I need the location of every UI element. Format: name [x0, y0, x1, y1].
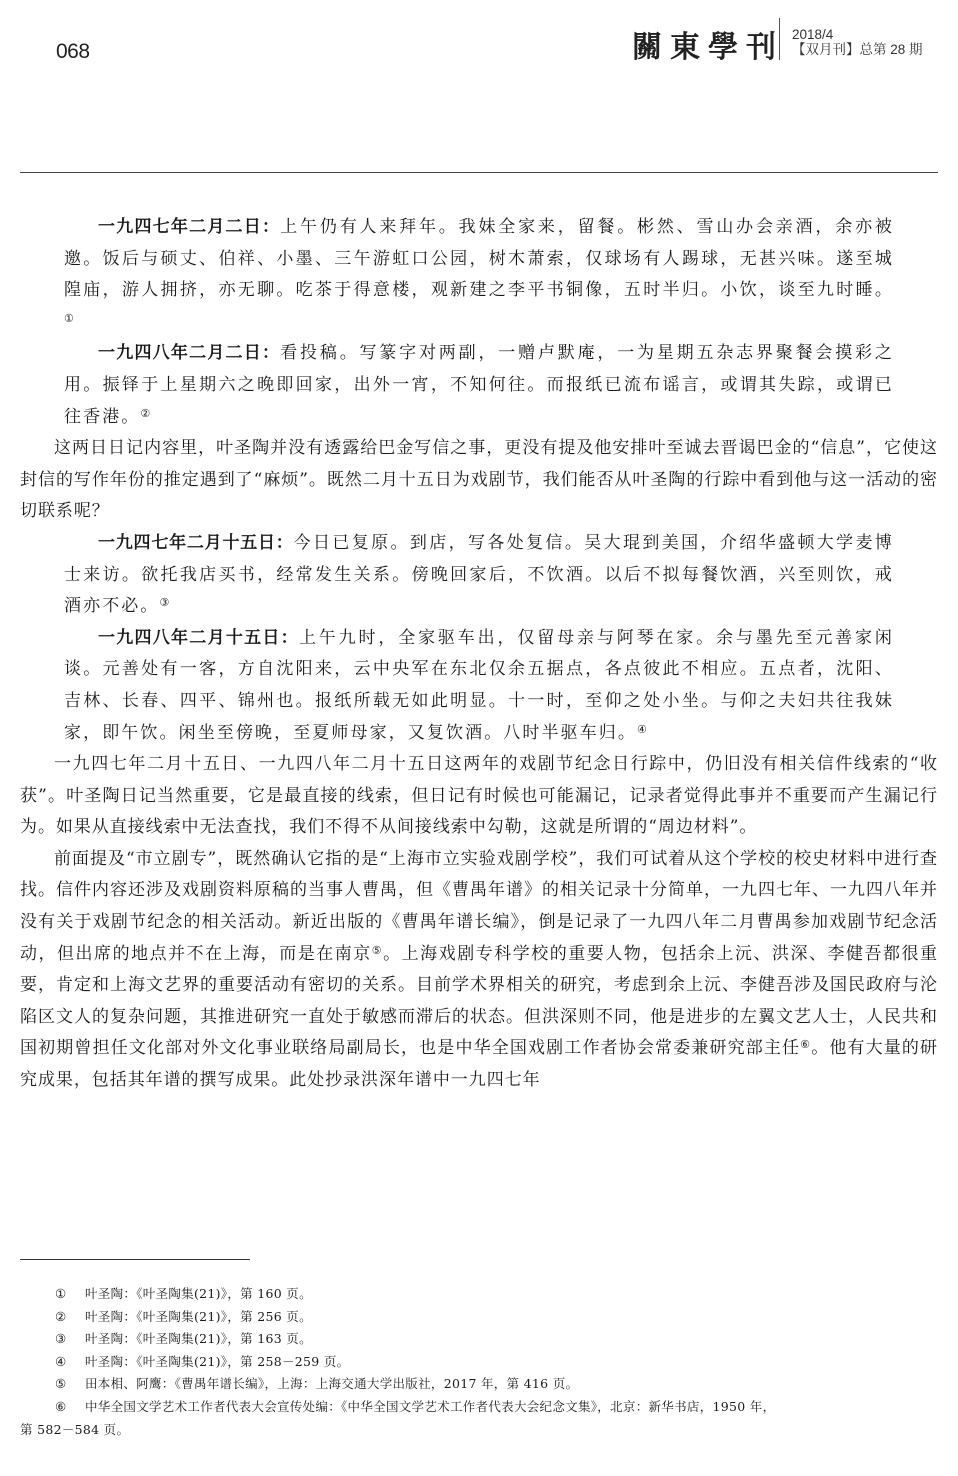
issue-info: 2018/4 【双月刊】总第 28 期	[792, 27, 923, 57]
issue-date: 2018/4	[792, 27, 923, 42]
footnote-5: ⑤田本相、阿鹰：《曹禺年谱长编》，上海：上海交通大学出版社，2017 年，第 4…	[20, 1373, 938, 1396]
footnote-mark: ③	[20, 1328, 85, 1351]
footnote-6: ⑥中华全国文学艺术工作者代表大会宣传处编：《中华全国文学艺术工作者代表大会纪念文…	[20, 1396, 938, 1419]
page-number: 068	[56, 40, 90, 64]
footnote-text: 田本相、阿鹰：《曹禺年谱长编》，上海：上海交通大学出版社，2017 年，第 41…	[85, 1376, 578, 1391]
footnote-text: 叶圣陶：《叶圣陶集(21)》，第 163 页。	[85, 1331, 312, 1346]
footnote-4: ④叶圣陶：《叶圣陶集(21)》，第 258－259 页。	[20, 1351, 938, 1374]
diary-date: 一九四七年二月十五日：	[98, 533, 294, 553]
diary-entry-1947-02-02: 一九四七年二月二日：上午仍有人来拜年。我妹全家来，留餐。彬然、雪山办会亲酒，余亦…	[20, 212, 938, 338]
journal-title-logo: 關東學刊	[632, 22, 784, 66]
footnote-mark: ④	[20, 1351, 85, 1374]
article-body: 一九四七年二月二日：上午仍有人来拜年。我妹全家来，留餐。彬然、雪山办会亲酒，余亦…	[20, 212, 938, 1097]
footnotes: ①叶圣陶：《叶圣陶集(21)》，第 160 页。 ②叶圣陶：《叶圣陶集(21)》…	[20, 1283, 938, 1441]
paragraph: 一九四七年二月十五日、一九四八年二月十五日这两年的戏剧节纪念日行踪中，仍旧没有相…	[20, 749, 938, 844]
footnote-text: 叶圣陶：《叶圣陶集(21)》，第 160 页。	[85, 1286, 312, 1301]
footnote-2: ②叶圣陶：《叶圣陶集(21)》，第 256 页。	[20, 1306, 938, 1329]
footnote-6-continuation: 第 582－584 页。	[20, 1419, 938, 1442]
footnote-1: ①叶圣陶：《叶圣陶集(21)》，第 160 页。	[20, 1283, 938, 1306]
diary-entry-1948-02-15: 一九四八年二月十五日：上午九时，全家驱车出，仅留母亲与阿琴在家。余与墨先至元善家…	[20, 623, 938, 749]
header-divider	[779, 18, 780, 60]
footnote-ref[interactable]: ①	[64, 312, 76, 325]
issue-number: 【双月刊】总第 28 期	[792, 42, 923, 57]
diary-date: 一九四八年二月二日：	[98, 343, 280, 363]
footnote-mark: ①	[20, 1283, 85, 1306]
header-rule	[20, 172, 938, 173]
footnote-ref[interactable]: ⑥	[800, 1038, 811, 1051]
footnote-3: ③叶圣陶：《叶圣陶集(21)》，第 163 页。	[20, 1328, 938, 1351]
paragraph: 前面提及“市立剧专”，既然确认它指的是“上海市立实验戏剧学校”，我们可试着从这个…	[20, 844, 938, 1097]
footnote-mark: ②	[20, 1306, 85, 1329]
footnote-ref[interactable]: ⑤	[372, 944, 383, 957]
footnote-ref[interactable]: ③	[160, 596, 172, 609]
footnote-text: 叶圣陶：《叶圣陶集(21)》，第 256 页。	[85, 1309, 312, 1324]
diary-entry-1948-02-02: 一九四八年二月二日：看投稿。写篆字对两副，一赠卢默庵，一为星期五杂志界聚餐会摸彩…	[20, 338, 938, 433]
footnote-ref[interactable]: ②	[140, 407, 152, 420]
footnote-text: 叶圣陶：《叶圣陶集(21)》，第 258－259 页。	[85, 1354, 349, 1369]
diary-date: 一九四八年二月十五日：	[98, 628, 299, 648]
diary-entry-1947-02-15: 一九四七年二月十五日：今日已复原。到店，写各处复信。吴大琨到美国，介绍华盛顿大学…	[20, 528, 938, 623]
paragraph: 这两日日记内容里，叶圣陶并没有透露给巴金写信之事，更没有提及他安排叶至诚去晋谒巴…	[20, 433, 938, 528]
footnote-mark: ⑥	[20, 1396, 85, 1419]
footnote-text: 中华全国文学艺术工作者代表大会宣传处编：《中华全国文学艺术工作者代表大会纪念文集…	[85, 1399, 775, 1414]
footnote-rule	[20, 1259, 250, 1260]
footnote-ref[interactable]: ④	[637, 723, 649, 736]
footnote-mark: ⑤	[20, 1373, 85, 1396]
diary-date: 一九四七年二月二日：	[98, 217, 280, 237]
